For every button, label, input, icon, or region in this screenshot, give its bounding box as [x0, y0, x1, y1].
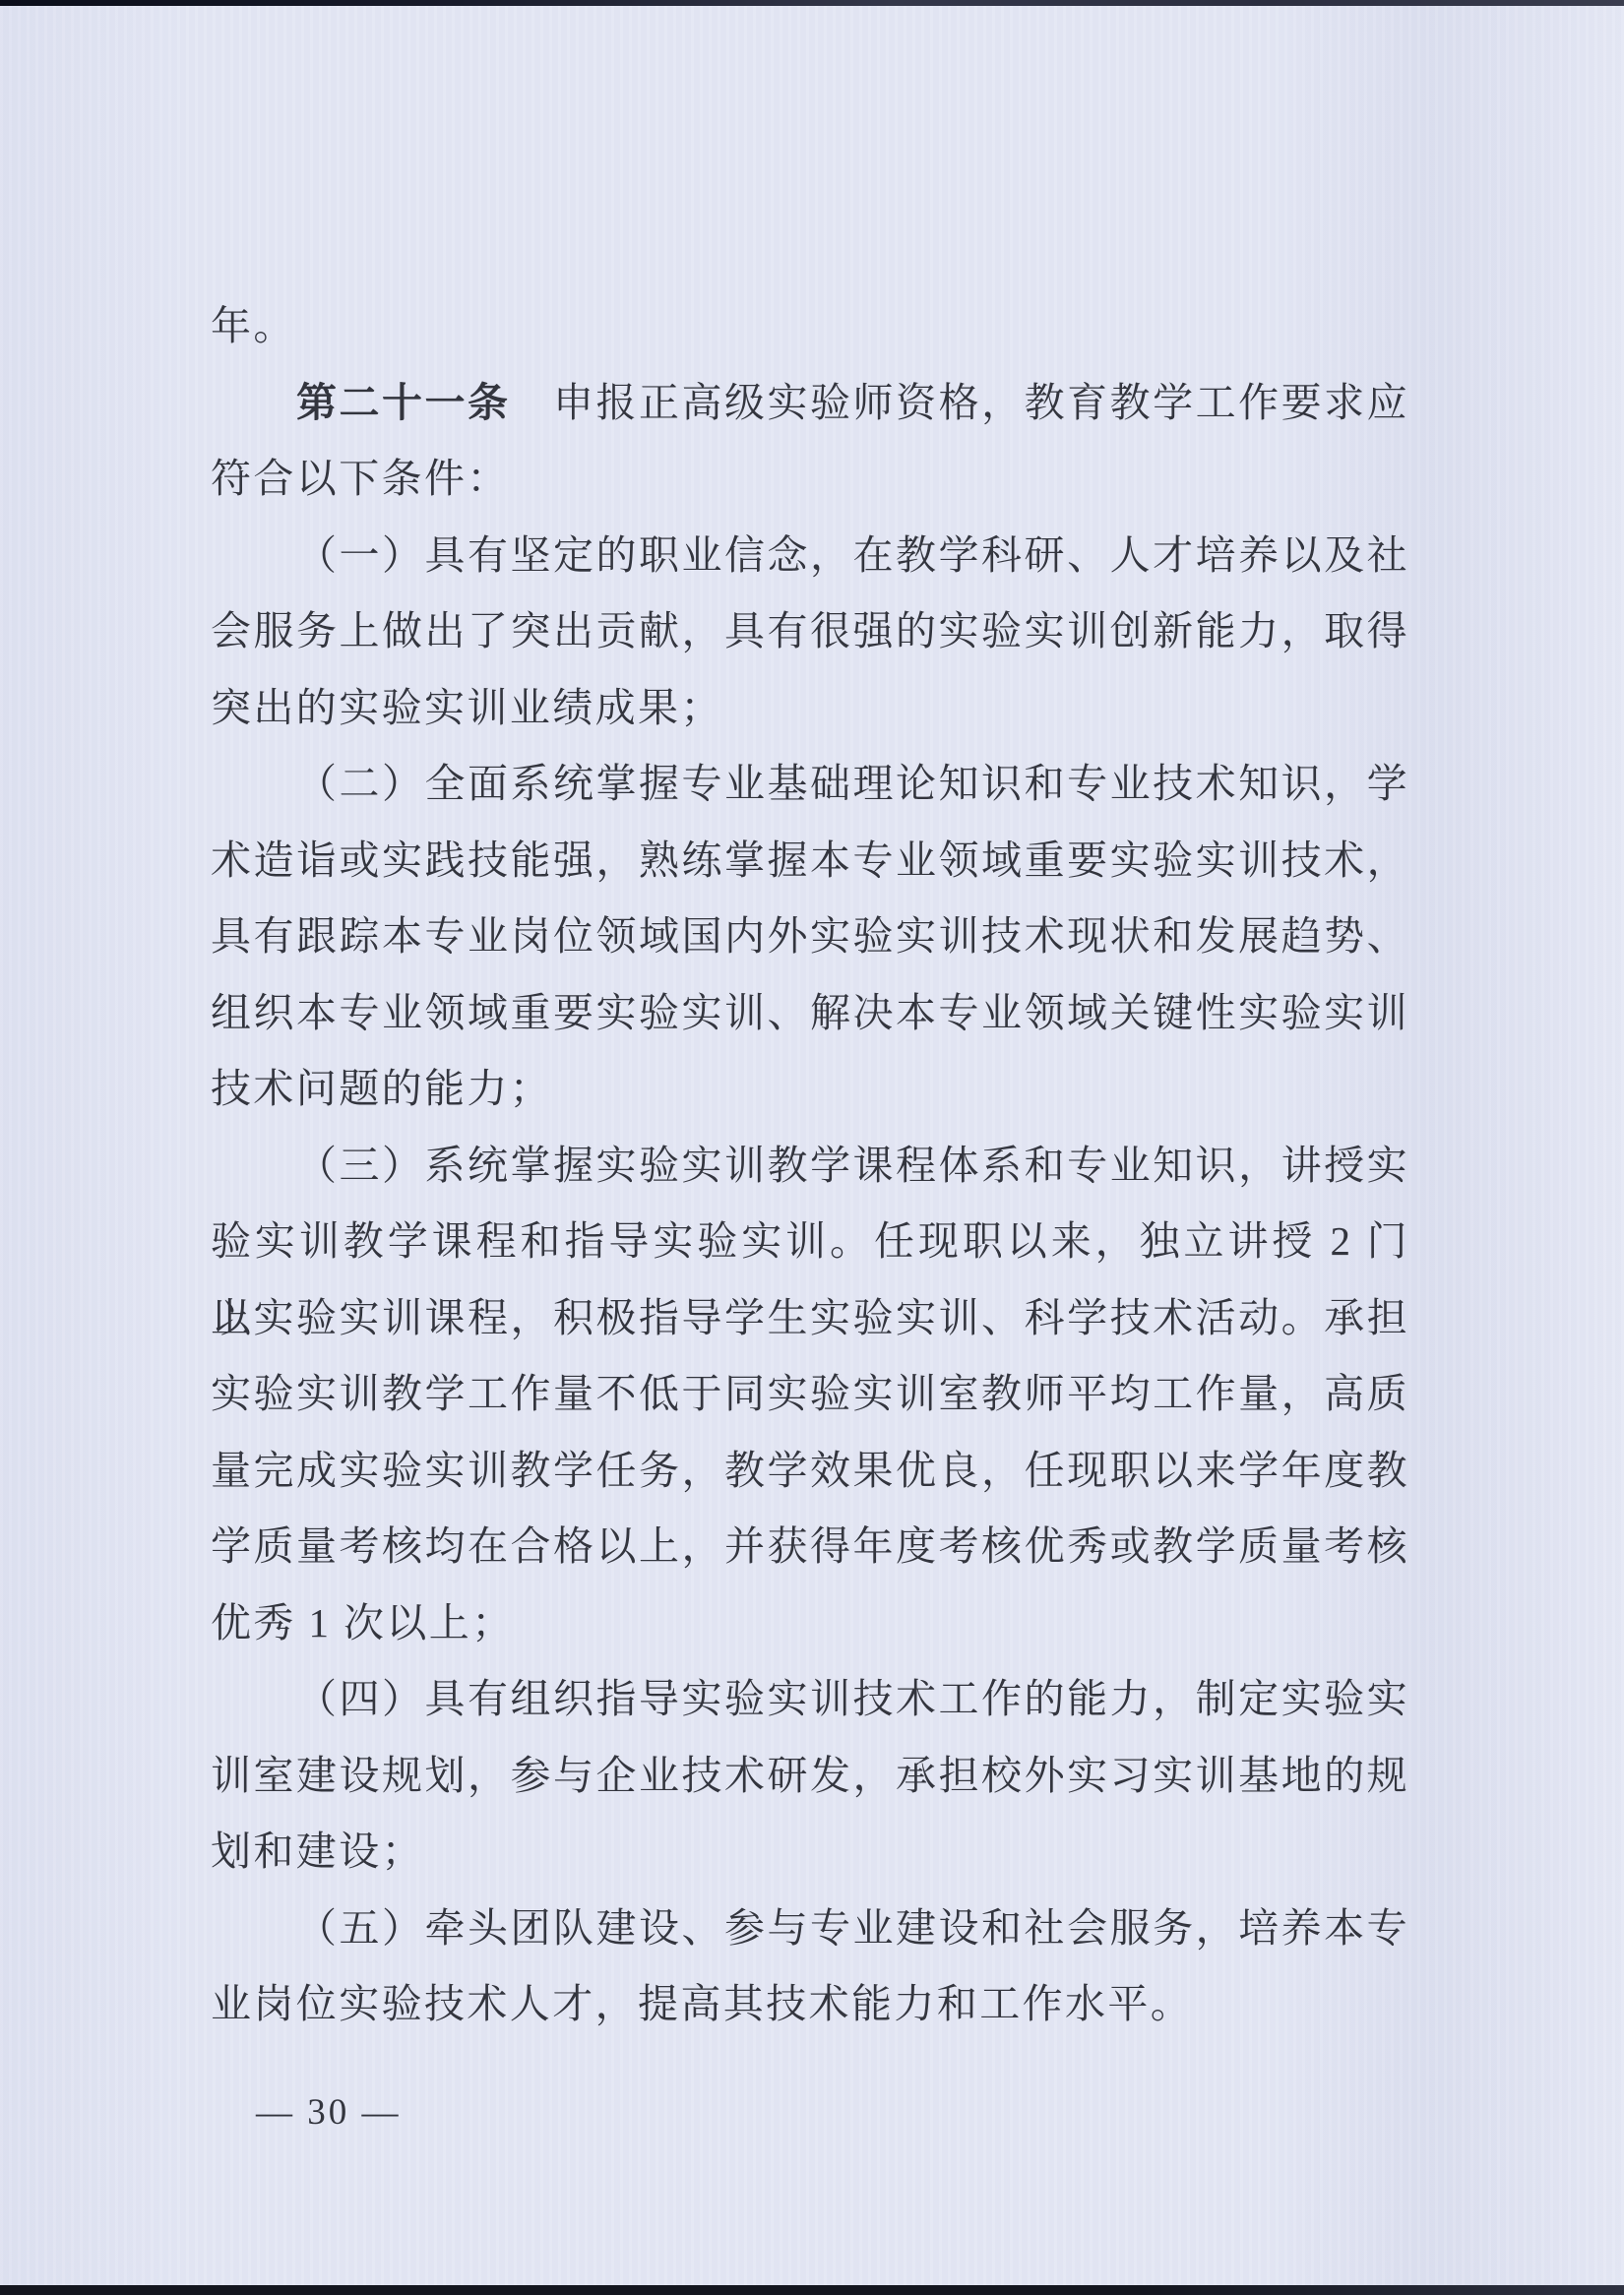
text-run: 突出的实验实训业绩成果； — [211, 685, 723, 730]
text-run: 优秀 1 次以上； — [211, 1600, 515, 1645]
text-run: 具有跟踪本专业岗位领域国内外实验实训技术现状和发展趋势、 — [211, 913, 1409, 959]
text-line: 突出的实验实训业绩成果； — [211, 670, 1409, 747]
text-line: 验实训教学课程和指导实验实训。任现职以来，独立讲授 2 门以 — [211, 1204, 1409, 1280]
text-line: 量完成实验实训教学任务，教学效果优良，任现职以来学年度教 — [211, 1433, 1409, 1510]
text-run: （一）具有坚定的职业信念，在教学科研、人才培养以及社 — [296, 532, 1409, 578]
document-page: 年。第二十一条 申报正高级实验师资格，教育教学工作要求应符合以下条件：（一）具有… — [0, 0, 1624, 2295]
text-run: 组织本专业领域重要实验实训、解决本专业领域关键性实验实训 — [211, 990, 1409, 1035]
article-number-heading: 第二十一条 — [296, 380, 511, 425]
scan-edge-bottom — [0, 2285, 1624, 2295]
text-run: 年。 — [211, 303, 296, 348]
text-run: 符合以下条件： — [211, 456, 510, 501]
text-run: 上实验实训课程，积极指导学生实验实训、科学技术活动。承担 — [211, 1295, 1409, 1340]
text-line: 学质量考核均在合格以上，并获得年度考核优秀或教学质量考核 — [211, 1509, 1409, 1585]
text-line: （二）全面系统掌握专业基础理论知识和专业技术知识，学 — [211, 746, 1409, 823]
text-line: （四）具有组织指导实验实训技术工作的能力，制定实验实 — [211, 1661, 1409, 1738]
text-line: （三）系统掌握实验实训教学课程体系和专业知识，讲授实 — [211, 1128, 1409, 1205]
text-line: 优秀 1 次以上； — [211, 1585, 1409, 1662]
text-line: 组织本专业领域重要实验实训、解决本专业领域关键性实验实训 — [211, 975, 1409, 1052]
text-run: 实验实训教学工作量不低于同实验实训室教师平均工作量，高质 — [211, 1371, 1409, 1416]
text-run: 学质量考核均在合格以上，并获得年度考核优秀或教学质量考核 — [211, 1523, 1409, 1569]
text-run: 业岗位实验技术人才，提高其技术能力和工作水平。 — [211, 1981, 1193, 2026]
text-line: （一）具有坚定的职业信念，在教学科研、人才培养以及社 — [211, 518, 1409, 594]
text-line: 实验实训教学工作量不低于同实验实训室教师平均工作量，高质 — [211, 1356, 1409, 1433]
text-run: （三）系统掌握实验实训教学课程体系和专业知识，讲授实 — [296, 1143, 1409, 1188]
text-line: 上实验实训课程，积极指导学生实验实训、科学技术活动。承担 — [211, 1280, 1409, 1357]
text-line: 具有跟踪本专业岗位领域国内外实验实训技术现状和发展趋势、 — [211, 899, 1409, 975]
text-line: 业岗位实验技术人才，提高其技术能力和工作水平。 — [211, 1966, 1409, 2043]
text-run: （五）牵头团队建设、参与专业建设和社会服务，培养本专 — [296, 1905, 1409, 1951]
text-line: 术造诣或实践技能强，熟练掌握本专业领域重要实验实训技术， — [211, 823, 1409, 899]
text-run: 训室建设规划，参与企业技术研发，承担校外实习实训基地的规 — [211, 1753, 1409, 1798]
text-run: 技术问题的能力； — [211, 1066, 552, 1111]
text-line: 技术问题的能力； — [211, 1051, 1409, 1128]
text-run: 量完成实验实训教学任务，教学效果优良，任现职以来学年度教 — [211, 1448, 1409, 1493]
text-run: 术造诣或实践技能强，熟练掌握本专业领域重要实验实训技术， — [211, 837, 1409, 883]
text-run: （四）具有组织指导实验实训技术工作的能力，制定实验实 — [296, 1676, 1409, 1721]
text-run: 划和建设； — [211, 1829, 424, 1874]
text-run: （二）全面系统掌握专业基础理论知识和专业技术知识，学 — [296, 761, 1409, 806]
text-line: 划和建设； — [211, 1814, 1409, 1891]
text-run: 会服务上做出了突出贡献，具有很强的实验实训创新能力，取得 — [211, 608, 1409, 653]
text-line: 会服务上做出了突出贡献，具有很强的实验实训创新能力，取得 — [211, 593, 1409, 670]
text-line: （五）牵头团队建设、参与专业建设和社会服务，培养本专 — [211, 1891, 1409, 1967]
text-run: 申报正高级实验师资格，教育教学工作要求应 — [511, 380, 1409, 425]
text-line: 训室建设规划，参与企业技术研发，承担校外实习实训基地的规 — [211, 1738, 1409, 1815]
page-number: — 30 — — [256, 2092, 402, 2134]
text-line: 第二十一条 申报正高级实验师资格，教育教学工作要求应 — [211, 365, 1409, 442]
scan-edge-top — [0, 0, 1624, 6]
text-line: 年。 — [211, 288, 1409, 365]
text-line: 符合以下条件： — [211, 441, 1409, 518]
document-body: 年。第二十一条 申报正高级实验师资格，教育教学工作要求应符合以下条件：（一）具有… — [211, 288, 1409, 2043]
